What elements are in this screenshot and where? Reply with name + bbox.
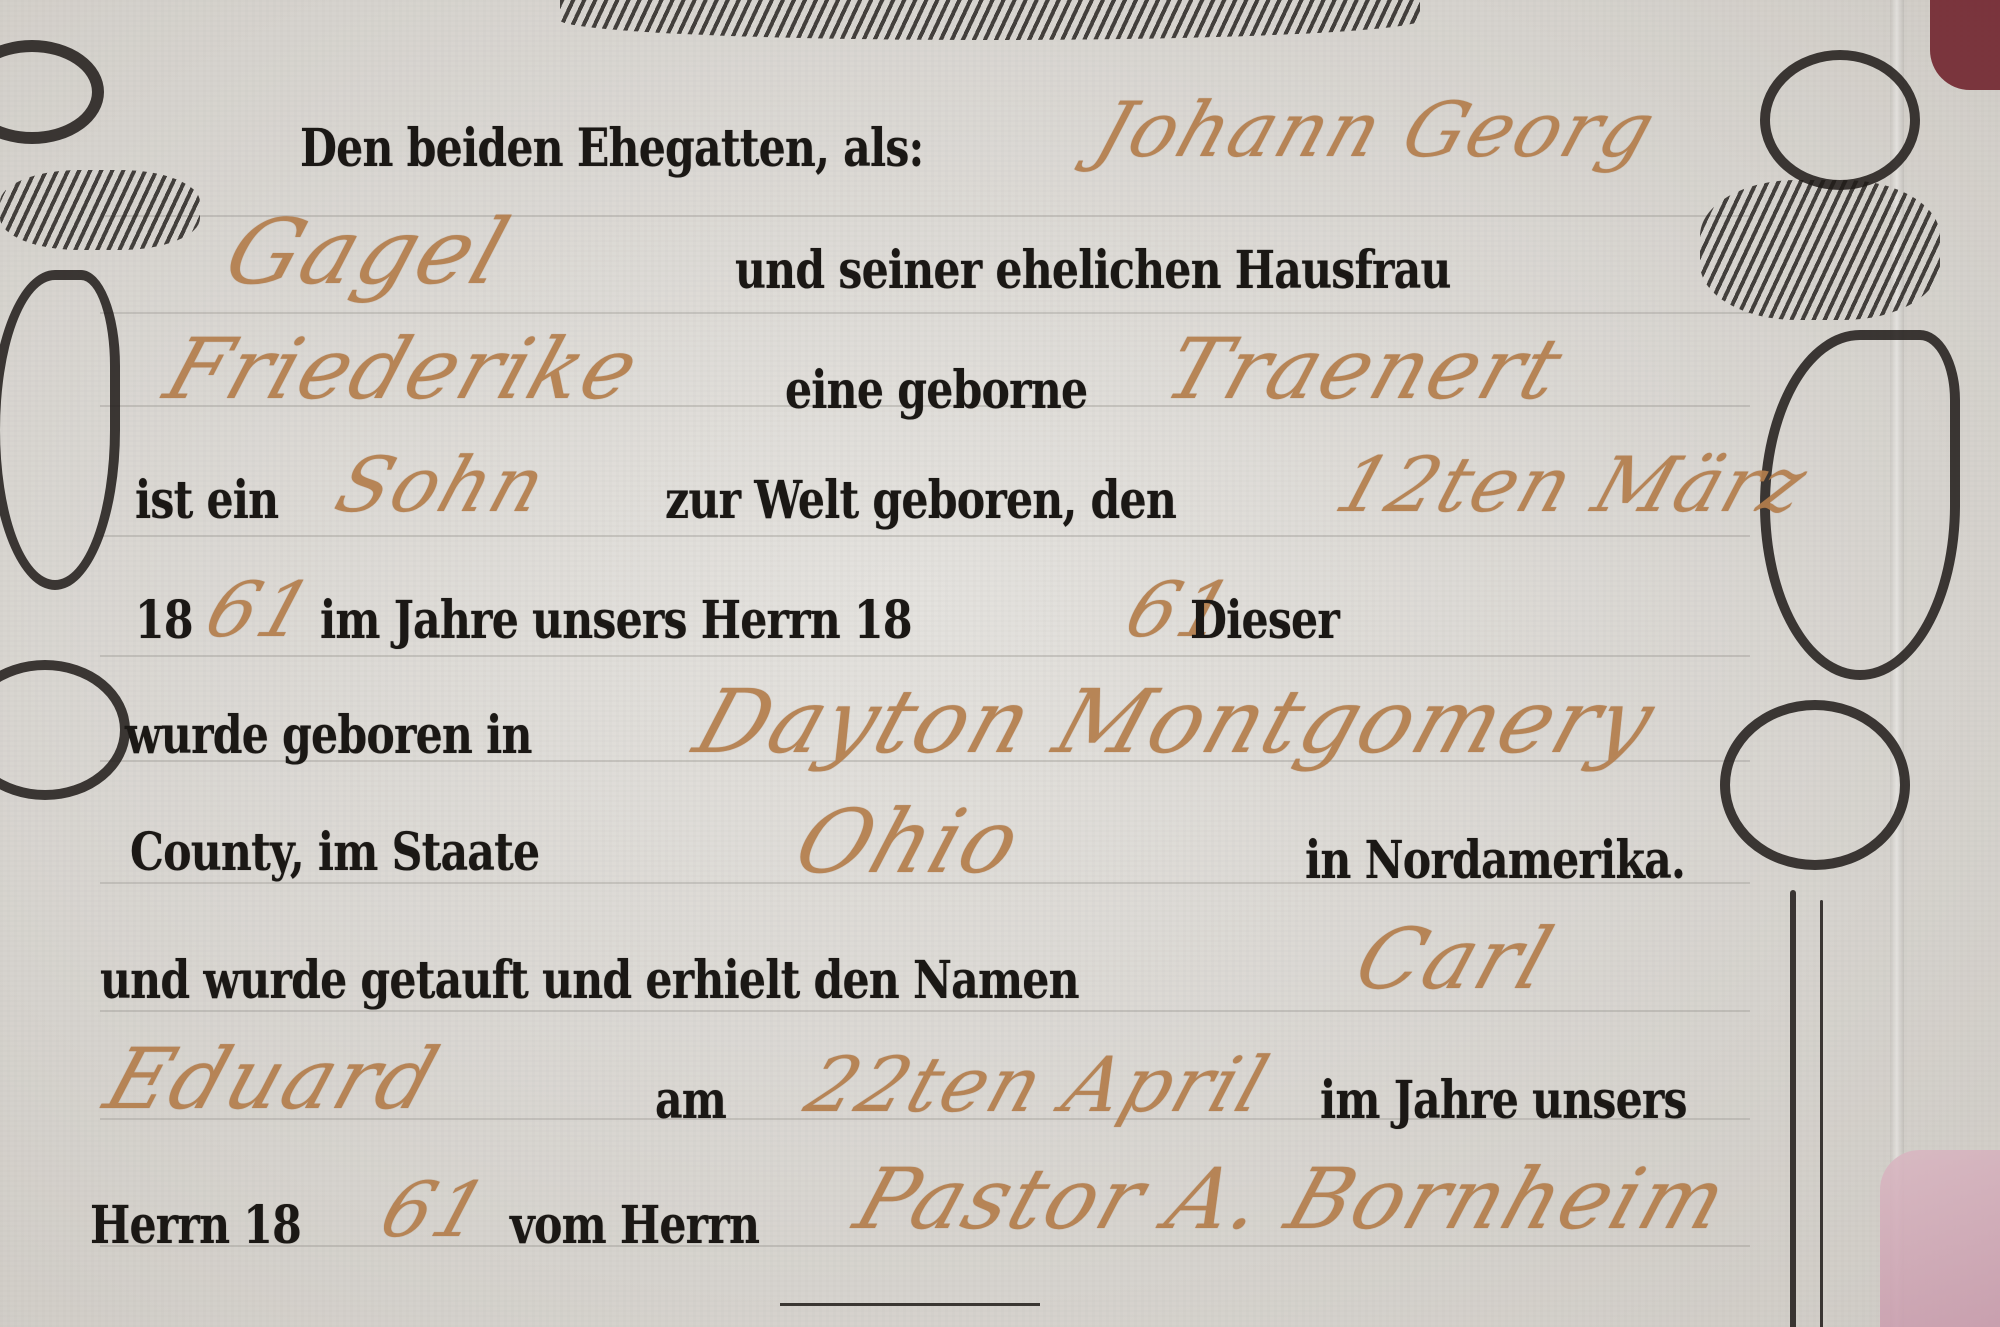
ruled-line [100, 535, 1750, 537]
handwritten-given-name-2: Eduard [94, 1030, 451, 1128]
handwritten-year-1: 61 [196, 565, 326, 654]
bottom-separator-line [780, 1303, 1040, 1306]
handwritten-state: Ohio [783, 790, 1034, 893]
handwritten-officiant: Pastor A. Bornheim [844, 1150, 1740, 1248]
printed-text-line7b: in Nordamerika. [1305, 830, 1685, 891]
right-scroll-ornament [1760, 50, 1920, 190]
printed-text-line2: und seiner ehelichen Hausfrau [735, 240, 1451, 301]
printed-text-line5b: im Jahre unsers Herrn 18 [320, 590, 912, 651]
left-scroll-ornament-2 [0, 660, 130, 800]
handwritten-surname: Gagel [213, 200, 522, 305]
right-feather-ornament [1700, 180, 1940, 320]
handwritten-baptism-date: 22ten April [796, 1040, 1281, 1129]
handwritten-birth-date: 12ten März [1326, 440, 1820, 529]
handwritten-mother-maiden-name: Traenert [1154, 320, 1576, 418]
right-frame-column [1790, 890, 1796, 1327]
top-engraving-ornament [560, 0, 1420, 40]
printed-text-line10a: Herrn 18 [90, 1195, 301, 1256]
printed-text-line4b: zur Welt geboren, den [665, 470, 1176, 531]
left-mask-ornament [0, 270, 120, 590]
printed-text-line7a: County, im Staate [130, 822, 539, 883]
printed-text-line1: Den beiden Ehegatten, als: [300, 118, 923, 179]
printed-text-line9b: im Jahre unsers [1320, 1070, 1687, 1131]
handwritten-father-name: Johann Georg [1086, 85, 1668, 174]
right-scroll-ornament-2 [1720, 700, 1910, 870]
printed-text-line9a: am [655, 1070, 726, 1131]
handwritten-child-sex: Sohn [326, 440, 559, 529]
red-color-patch [1930, 0, 2000, 90]
printed-text-line5c: Dieser [1190, 590, 1339, 651]
handwritten-mother-first-name: Friederike [154, 320, 652, 418]
left-scroll-ornament [0, 40, 104, 144]
right-frame-column-inner [1820, 900, 1823, 1327]
ruled-line [100, 655, 1750, 657]
printed-text-line3: eine geborne [785, 360, 1087, 421]
printed-text-line8: und wurde getauft und erhielt den Namen [100, 950, 1079, 1011]
pink-figure-patch [1880, 1150, 2000, 1327]
printed-text-line10b: vom Herrn [510, 1195, 759, 1256]
printed-text-line4a: ist ein [135, 470, 278, 531]
printed-text-line5a: 18 [135, 590, 193, 651]
handwritten-baptism-year: 61 [371, 1165, 501, 1254]
left-feather-ornament [0, 170, 200, 250]
ruled-line [100, 312, 1750, 314]
handwritten-given-name-1: Carl [1344, 910, 1565, 1008]
handwritten-birth-place: Dayton Montgomery [683, 670, 1668, 773]
printed-text-line6: wurde geboren in [125, 705, 532, 766]
